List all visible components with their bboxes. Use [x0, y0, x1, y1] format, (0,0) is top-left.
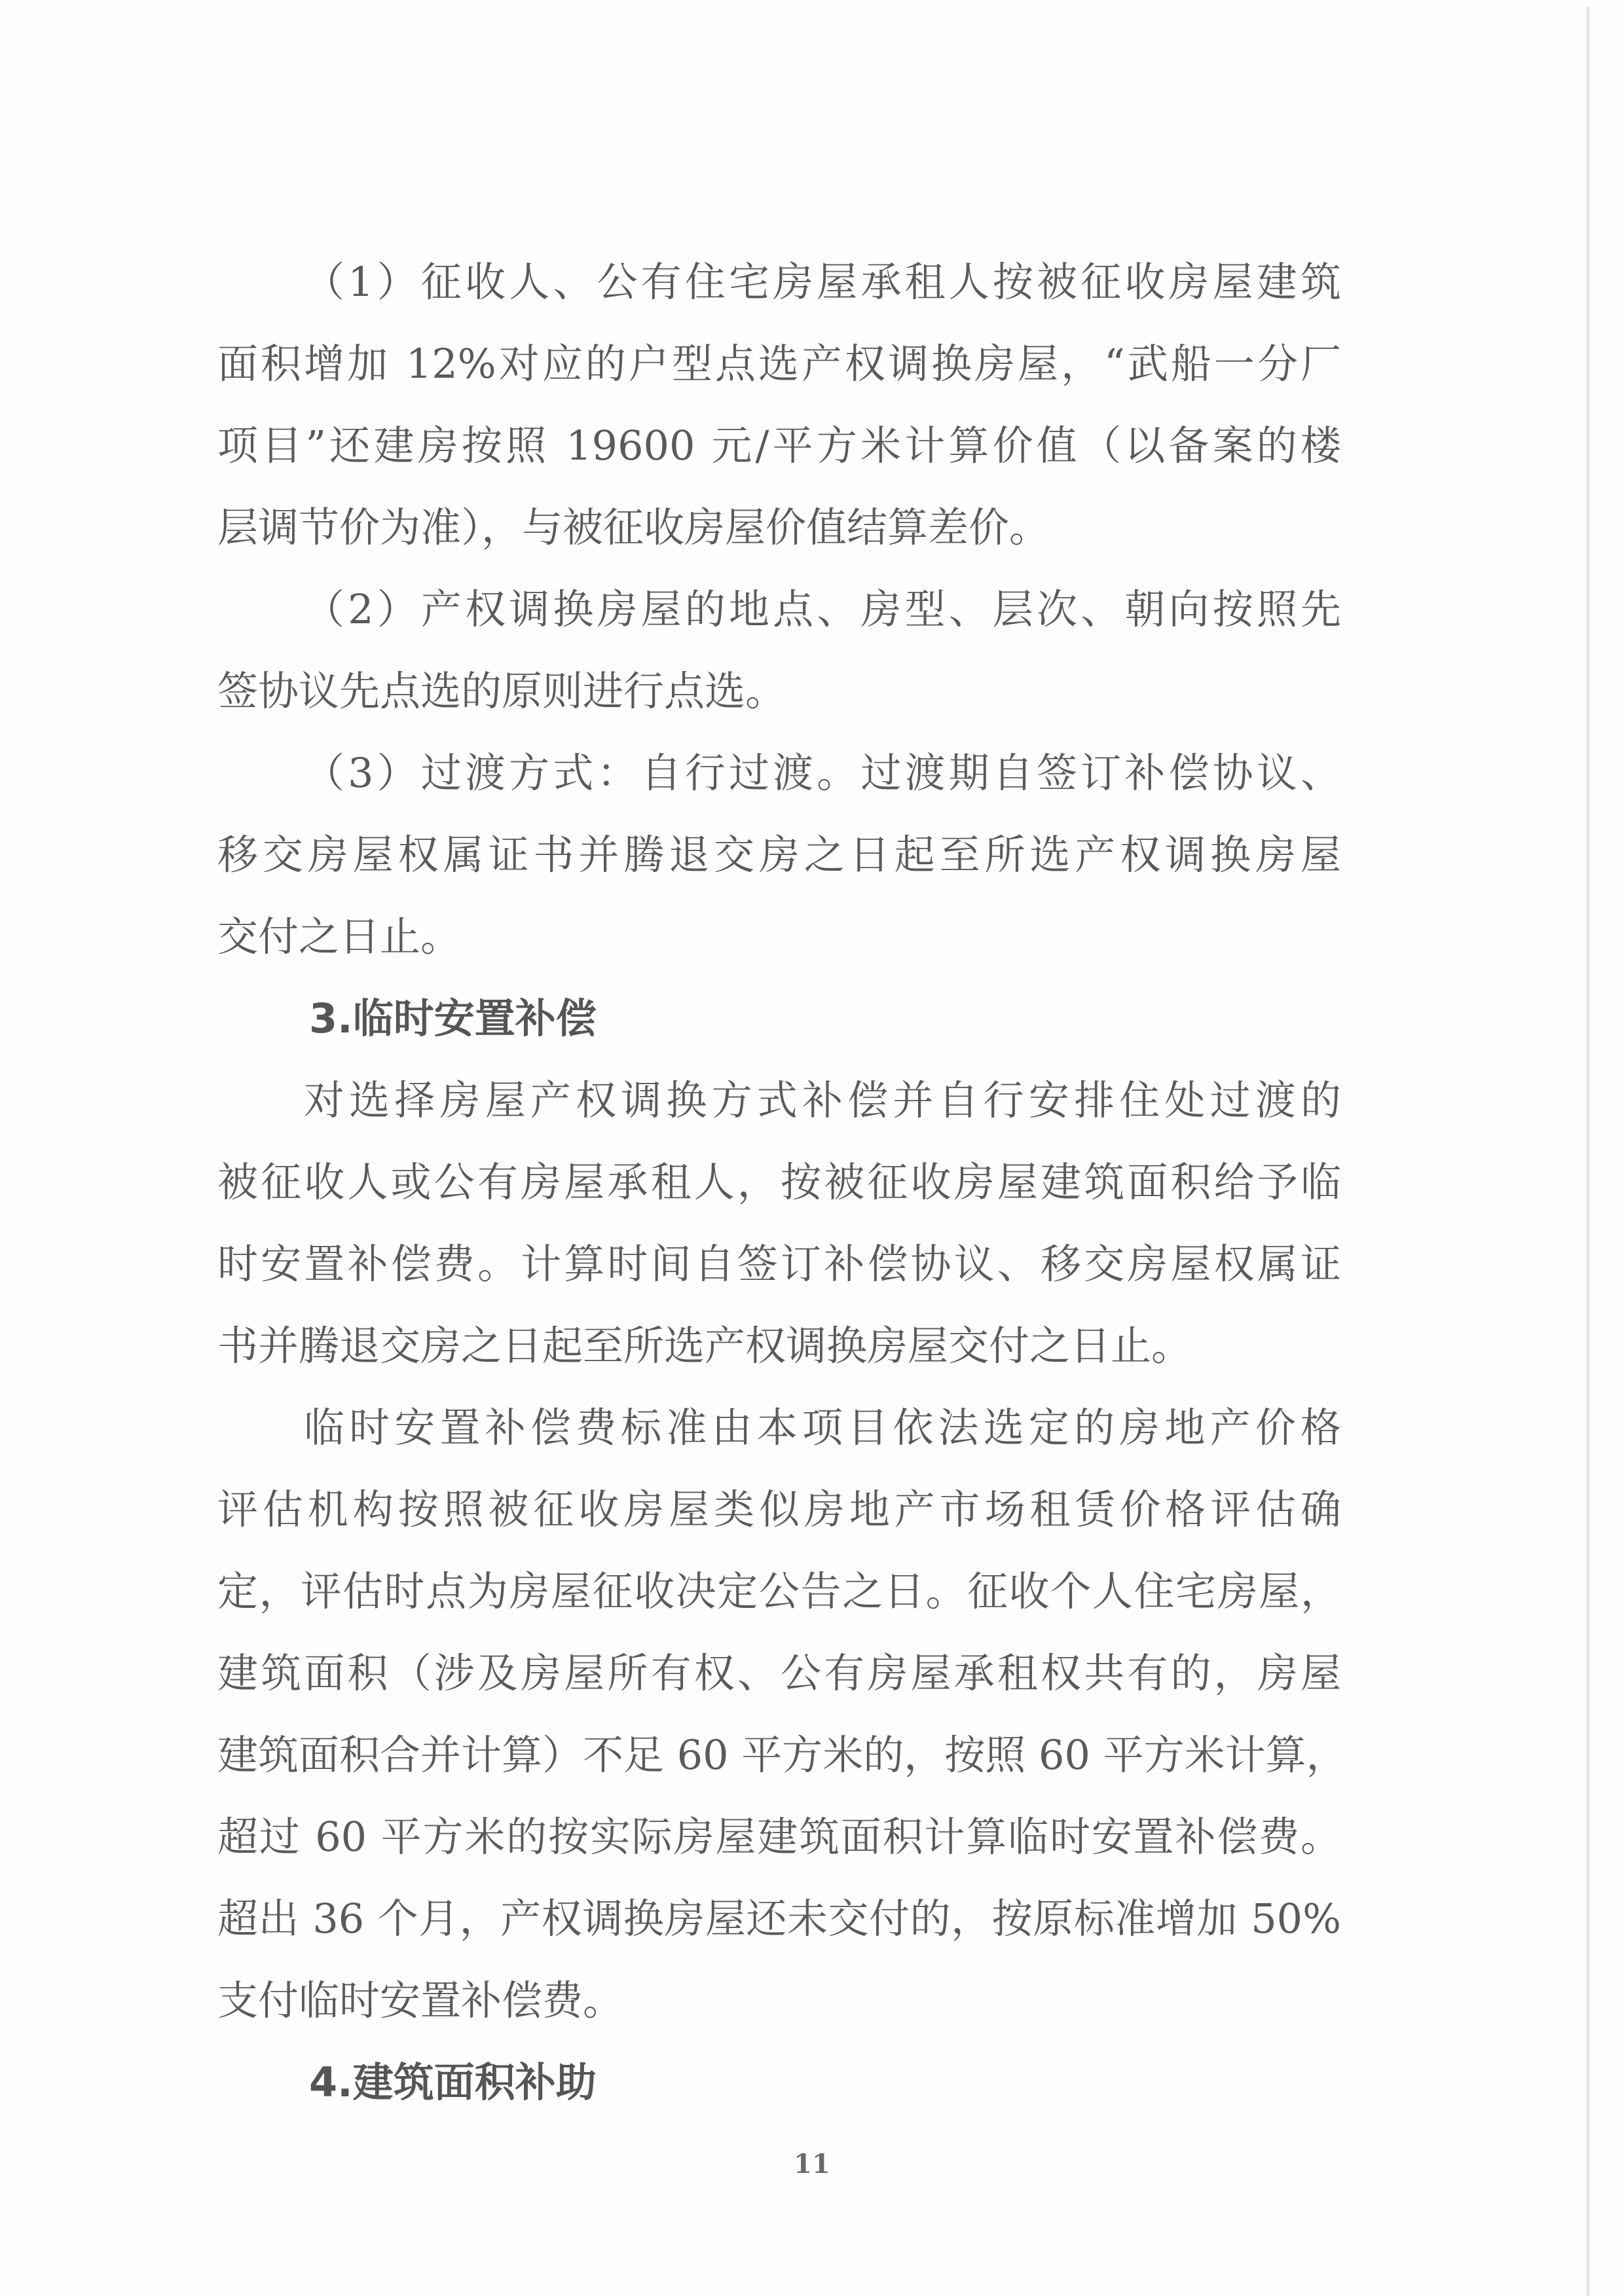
- paragraph-5-line-4: 建筑面积（涉及房屋所有权、公有房屋承租权共有的，房屋: [217, 1632, 1341, 1714]
- section-heading-temporary-resettlement: 3.临时安置补偿: [217, 977, 1341, 1059]
- paragraph-4-line-2: 被征收人或公有房屋承租人，按被征收房屋建筑面积给予临: [217, 1141, 1341, 1223]
- paragraph-5-line-1: 临时安置补偿费标准由本项目依法选定的房地产价格: [217, 1387, 1341, 1468]
- paragraph-1-line-1: （1）征收人、公有住宅房屋承租人按被征收房屋建筑: [217, 241, 1341, 323]
- paragraph-4-line-3: 时安置补偿费。计算时间自签订补偿协议、移交房屋权属证: [217, 1223, 1341, 1305]
- scan-edge-line: [1586, 7, 1590, 2296]
- paragraph-5-line-2: 评估机构按照被征收房屋类似房地产市场租赁价格评估确: [217, 1468, 1341, 1550]
- paragraph-5-line-6: 超过 60 平方米的按实际房屋建筑面积计算临时安置补偿费。: [217, 1796, 1341, 1878]
- paragraph-3-line-3: 交付之日止。: [217, 896, 1341, 977]
- paragraph-3-line-1: （3）过渡方式：自行过渡。过渡期自签订补偿协议、: [217, 732, 1341, 814]
- document-page: （1）征收人、公有住宅房屋承租人按被征收房屋建筑 面积增加 12%对应的户型点选…: [0, 0, 1624, 2296]
- paragraph-5-line-8: 支付临时安置补偿费。: [217, 1959, 1341, 2041]
- paragraph-4-line-1: 对选择房屋产权调换方式补偿并自行安排住处过渡的: [217, 1059, 1341, 1141]
- paragraph-2-line-2: 签协议先点选的原则进行点选。: [217, 650, 1341, 732]
- paragraph-2-line-1: （2）产权调换房屋的地点、房型、层次、朝向按照先: [217, 568, 1341, 650]
- paragraph-5-line-5: 建筑面积合并计算）不足 60 平方米的，按照 60 平方米计算，: [217, 1714, 1341, 1796]
- paragraph-3-line-2: 移交房屋权属证书并腾退交房之日起至所选产权调换房屋: [217, 814, 1341, 896]
- paragraph-1-line-3: 项目”还建房按照 19600 元/平方米计算价值（以备案的楼: [217, 405, 1341, 486]
- section-heading-building-area-subsidy: 4.建筑面积补助: [217, 2041, 1341, 2123]
- paragraph-4-line-4: 书并腾退交房之日起至所选产权调换房屋交付之日止。: [217, 1305, 1341, 1387]
- document-body: （1）征收人、公有住宅房屋承租人按被征收房屋建筑 面积增加 12%对应的户型点选…: [217, 241, 1341, 2123]
- page-number: 11: [0, 2149, 1624, 2179]
- paragraph-1-line-4: 层调节价为准），与被征收房屋价值结算差价。: [217, 486, 1341, 568]
- paragraph-5-line-3: 定，评估时点为房屋征收决定公告之日。征收个人住宅房屋，: [217, 1550, 1341, 1632]
- paragraph-1-line-2: 面积增加 12%对应的户型点选产权调换房屋，“武船一分厂: [217, 323, 1341, 405]
- paragraph-5-line-7: 超出 36 个月，产权调换房屋还未交付的，按原标准增加 50%: [217, 1878, 1341, 1959]
